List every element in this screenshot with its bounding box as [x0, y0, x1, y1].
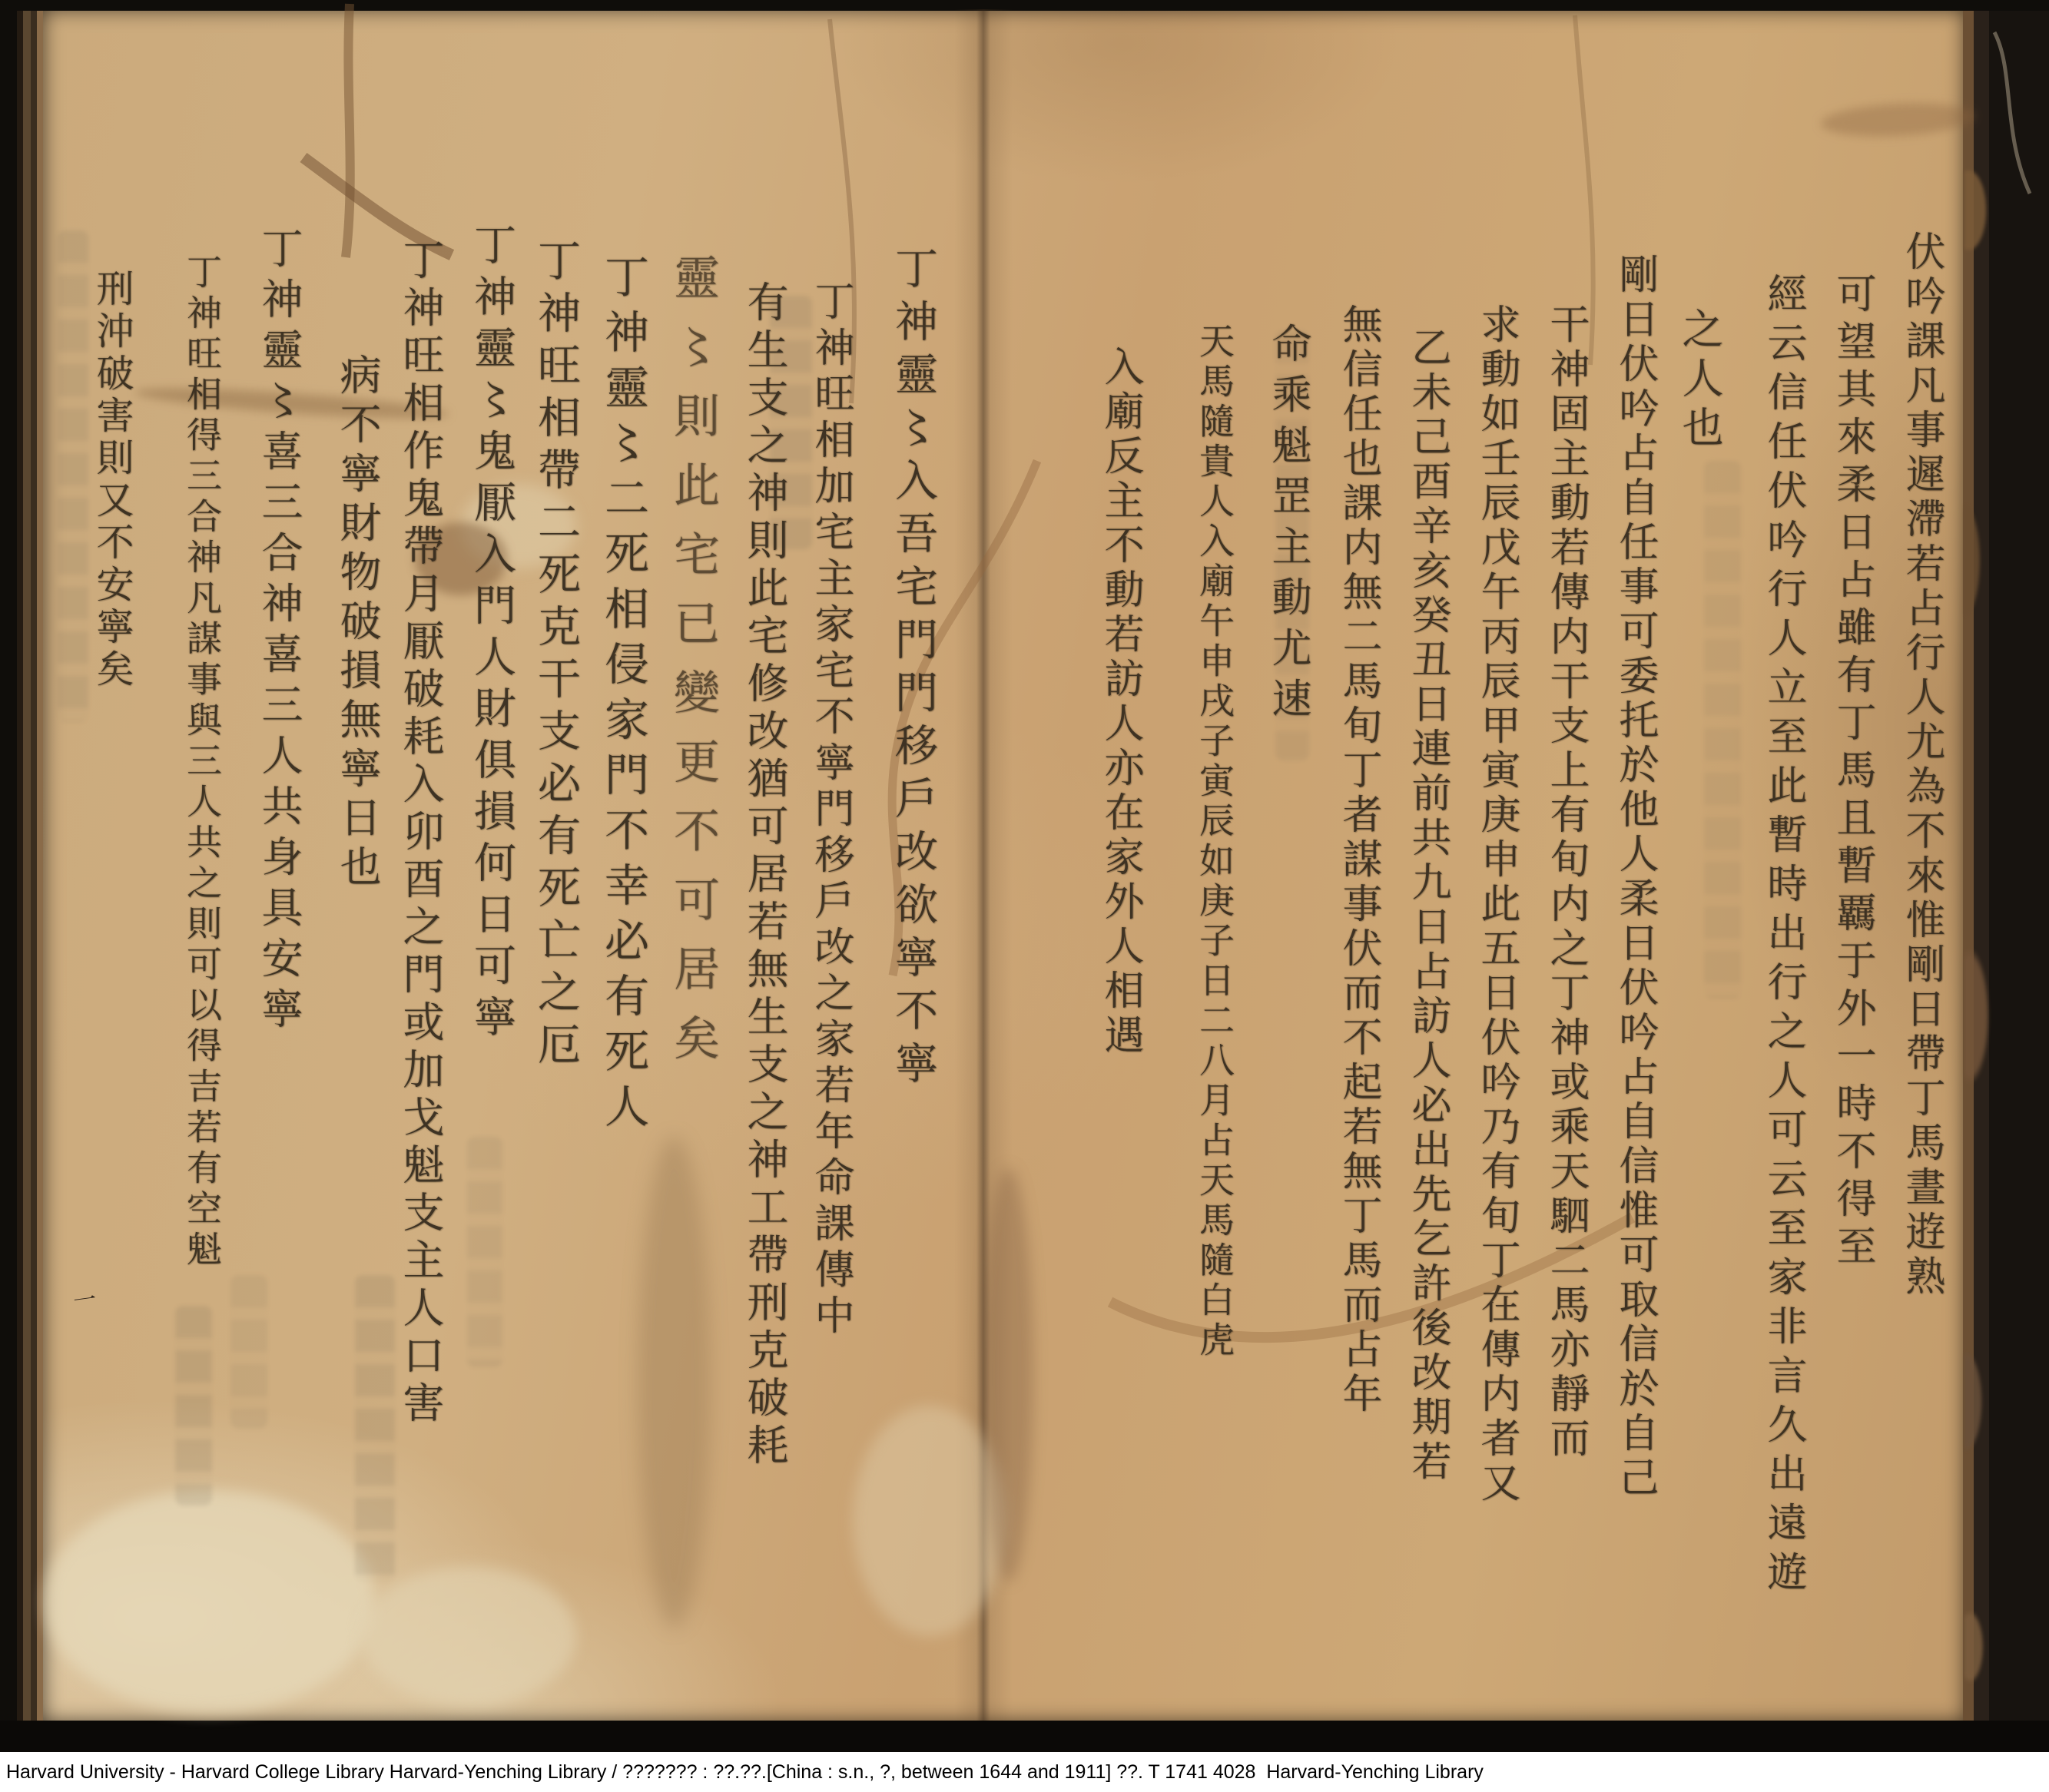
- ink-bleed-ghost: [175, 1306, 212, 1505]
- ink-bleed-ghost: [467, 1137, 502, 1367]
- manuscript-column: 有生支之神則此宅修改猶可居若無生支之神工帶刑克破耗: [744, 280, 785, 1471]
- manuscript-column: 天馬隨貴人入廟午申戌子寅辰如庚子日二八月占天馬隨白虎: [1197, 323, 1232, 1361]
- manuscript-column: 伏吟課凡事遲滯若占行人尤為不來惟剛日帶丁馬晝逰熟: [1901, 230, 1941, 1300]
- manuscript-column: 入廟反主不動若訪人亦在家外人相遇: [1100, 346, 1140, 1058]
- manuscript-column: 之人也: [1679, 307, 1720, 455]
- ink-bleed-ghost: [355, 1275, 395, 1582]
- ink-bleed-ghost: [1704, 461, 1741, 999]
- manuscript-column: 無信任也課内無二馬旬丁者謀事伏而不起若無丁馬而占年: [1338, 303, 1378, 1417]
- caption-text: Harvard University - Harvard College Lib…: [6, 1752, 1484, 1792]
- manuscript-column: 病不寧財物破損無寧日也: [337, 353, 378, 894]
- manuscript-column: 丁神靈〻鬼厭入門人財俱損何日可寧: [470, 223, 512, 1046]
- folio-mark: 一: [71, 1280, 98, 1317]
- manuscript-column: 丁神旺相得三合神凡謀事與三人共之則可以得吉若有空魁: [184, 253, 220, 1271]
- caption-bar: Harvard University - Harvard College Lib…: [0, 1752, 2049, 1792]
- ink-bleed-ghost: [58, 230, 88, 722]
- manuscript-column: 可望其來柔日占雖有丁馬且暫覊于外一時不得至: [1832, 273, 1872, 1273]
- manuscript-column: 丁神靈〻二死相侵家門不幸必有死人: [601, 253, 645, 1138]
- manuscript-column: 丁神旺相作鬼帶月厭破耗入卯酉之門或加戈魁支主人口害: [400, 238, 441, 1429]
- manuscript-column: 求動如壬辰戊午丙辰甲寅庚申此五日伏吟乃有旬丁在傳内者又: [1477, 303, 1517, 1506]
- stain-crease-overlay: [0, 0, 2049, 1792]
- manuscript-column: 乙未己酉辛亥癸丑日連前共九日占訪人必出先乞許後改期若: [1407, 326, 1447, 1485]
- manuscript-column: 丁神靈〻喜三合神喜三人共身具安寧: [258, 227, 300, 1038]
- manuscript-column: 靈〻則此宅已變更不可居矣: [670, 253, 716, 1083]
- manuscript-column: 丁神靈〻入吾宅門門移戶改欲寧不寧: [891, 246, 934, 1094]
- manuscript-column: 丁神旺相帶二死克干支必有死亡之厄: [534, 238, 577, 1074]
- scanned-manuscript-page: 伏吟課凡事遲滯若占行人尤為不來惟剛日帶丁馬晝逰熟 可望其來柔日占雖有丁馬且暫覊于…: [0, 0, 2049, 1792]
- manuscript-column: 丁神旺相加宅主家宅不寧門移戶改之家若年命課傳中: [811, 280, 850, 1340]
- manuscript-column: 剛日伏吟占自任事可委托於他人柔日伏吟占自信惟可取信於自己: [1615, 253, 1655, 1501]
- ink-bleed-ghost: [230, 1275, 267, 1429]
- manuscript-column: 經云信任伏吟行人立至此暫時出行之人可云至家非言久出遠遊: [1763, 273, 1803, 1600]
- manuscript-column: 刑沖破害則又不安寧矣: [94, 269, 131, 691]
- manuscript-column: 命乘魁罡主動尤速: [1268, 323, 1308, 728]
- manuscript-column: 干神固主動若傳内干支上有旬内之丁神或乘天駟二馬亦靜而: [1546, 303, 1586, 1462]
